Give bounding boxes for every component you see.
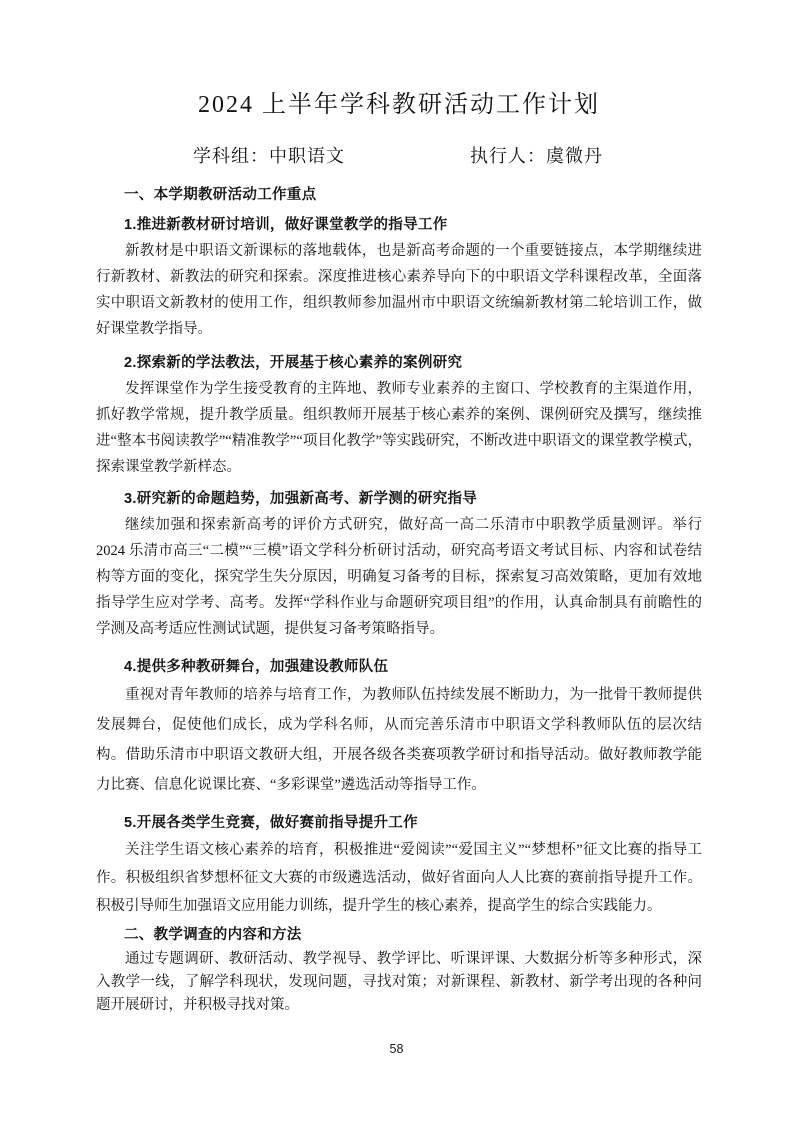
- document-meta-row: 学科组：中职语文 执行人：虞微丹: [96, 142, 702, 168]
- section-heading-case-study-research: 2.探索新的学法教法，开展基于核心素养的案例研究: [96, 350, 702, 376]
- document-page: 2024 上半年学科教研活动工作计划 学科组：中职语文 执行人：虞微丹 一、本学…: [0, 0, 793, 1122]
- page-footer: 58: [0, 1040, 793, 1058]
- page-number: 58: [390, 1042, 404, 1056]
- document-content: 2024 上半年学科教研活动工作计划 学科组：中职语文 执行人：虞微丹 一、本学…: [96, 0, 702, 1017]
- paragraph-teaching-survey: 通过专题调研、教研活动、教学视导、教学评比、听课评课、大数据分析等多种形式，深入…: [96, 948, 702, 1017]
- paragraph-new-textbook-training: 新教材是中职语文新课标的落地载体，也是新高考命题的一个重要链接点，本学期继续进行…: [96, 238, 702, 342]
- paragraph-case-study-research: 发挥课堂作为学生接受教育的主阵地、教师专业素养的主窗口、学校教育的主渠道作用，抓…: [96, 376, 702, 480]
- document-body: 一、本学期教研活动工作重点 1.推进新教材研讨培训，做好课堂教学的指导工作 新教…: [96, 182, 702, 1017]
- section-heading-teacher-team-building: 4.提供多种教研舞台，加强建设教师队伍: [96, 654, 702, 680]
- paragraph-exam-trend-research: 继续加强和探索新高考的评价方式研究，做好高一高二乐清市中职教学质量测评。举行 2…: [96, 512, 702, 642]
- executor-label: 执行人：虞微丹: [470, 142, 603, 168]
- subject-group-label: 学科组：中职语文: [193, 142, 345, 168]
- section-heading-exam-trend-research: 3.研究新的命题趋势，加强新高考、新学测的研究指导: [96, 486, 702, 512]
- section-heading-teaching-survey: 二、教学调查的内容和方法: [96, 922, 702, 948]
- paragraph-student-competitions: 关注学生语文核心素养的培育，积极推进“爱阅读”“爱国主义”“梦想杯”征文比赛的指…: [96, 836, 702, 920]
- paragraph-teacher-team-building: 重视对青年教师的培养与培育工作，为教师队伍持续发展不断助力，为一批骨干教师提供发…: [96, 680, 702, 800]
- document-title: 2024 上半年学科教研活动工作计划: [96, 84, 702, 119]
- section-heading-new-textbook-training: 1.推进新教材研讨培训，做好课堂教学的指导工作: [96, 212, 702, 238]
- section-heading-semester-focus: 一、本学期教研活动工作重点: [96, 182, 702, 208]
- section-heading-student-competitions: 5.开展各类学生竞赛，做好赛前指导提升工作: [96, 810, 702, 836]
